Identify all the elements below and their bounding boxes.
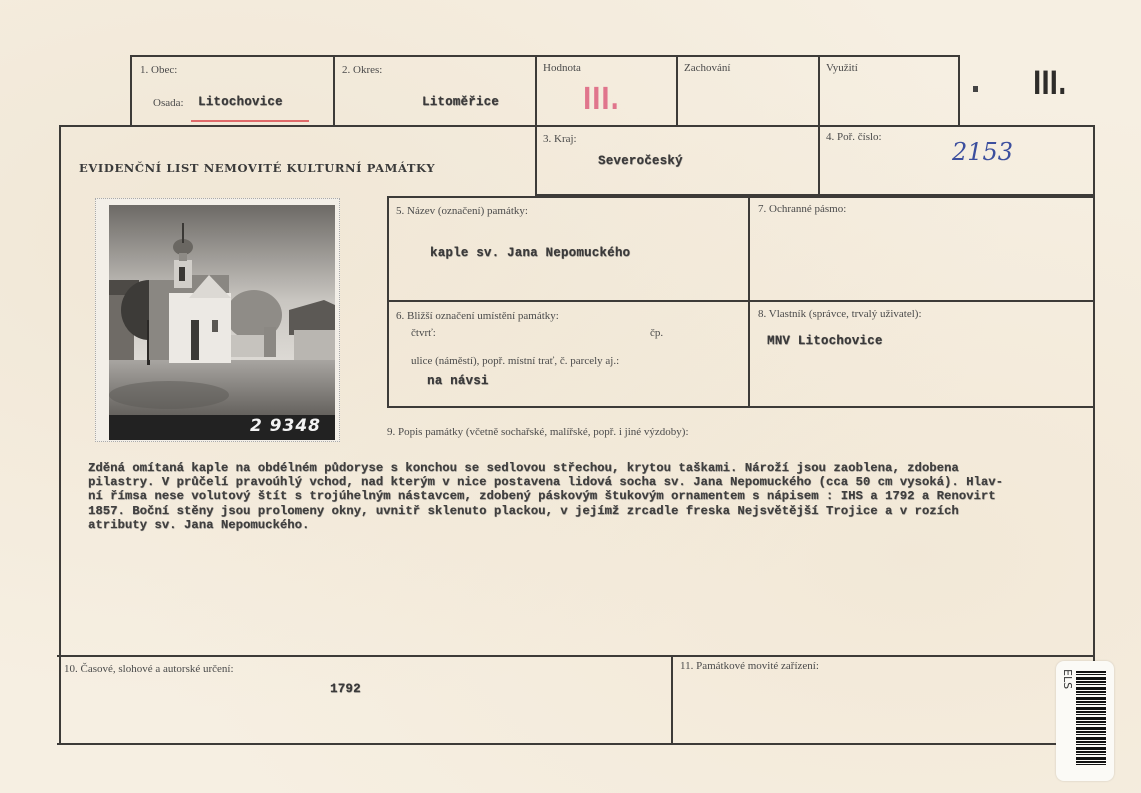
hodnota-value: III. [583, 82, 620, 117]
page-title: EVIDENČNÍ LIST NEMOVITÉ KULTURNÍ PAMÁTKY [79, 161, 435, 175]
vlastnik-value: MNV Litochovice [767, 334, 883, 348]
barcode-icon [1076, 671, 1106, 767]
main-frame-bottom [57, 743, 1095, 745]
popis-line: 1857. Boční stěny jsou prolomeny okny, u… [88, 504, 1088, 518]
ulice-label: ulice (náměstí), popř. místní trať, č. p… [411, 355, 619, 367]
stamp-mark [973, 86, 978, 92]
vyuziti-label: Využití [826, 62, 858, 74]
chapel-photo-image [109, 205, 335, 440]
main-frame-right [1093, 125, 1095, 745]
obec-label: 1. Obec: [140, 64, 177, 76]
popis-line: pilastry. V průčelí pravoúhlý vchod, nad… [88, 475, 1088, 489]
vlastnik-label: 8. Vlastník (správce, trvalý uživatel): [758, 308, 922, 320]
barcode-label: ELS [1061, 669, 1074, 689]
popis-line: atributy sv. Jana Nepomuckého. [88, 518, 1088, 532]
ctvrt-label: čtvrť: [411, 327, 436, 339]
divider [387, 196, 389, 408]
cp-label: čp. [650, 327, 663, 339]
divider [333, 55, 335, 127]
movite-zarizeni-label: 11. Památkové movité zařízení: [680, 660, 819, 672]
divider [676, 55, 678, 125]
por-cislo-label: 4. Poř. číslo: [826, 131, 882, 143]
osada-label: Osada: [153, 97, 184, 109]
divider [958, 55, 960, 125]
popis-line: Zděná omítaná kaple na obdélném půdoryse… [88, 461, 1088, 475]
main-frame-top [59, 125, 1095, 127]
monument-photo: 2 9348 [109, 205, 335, 440]
zachovani-label: Zachování [684, 62, 730, 74]
divider [130, 55, 132, 127]
divider [748, 196, 750, 408]
kraj-label: 3. Kraj: [543, 133, 577, 145]
okres-label: 2. Okres: [342, 64, 382, 76]
photo-number: 2 9348 [250, 416, 321, 436]
nazev-label: 5. Název (označení) památky: [396, 205, 528, 217]
por-cislo-value: 2153 [952, 138, 1013, 166]
popis-text: Zděná omítaná kaple na obdélném půdoryse… [88, 461, 1088, 532]
barcode-sticker: ELS [1056, 661, 1114, 781]
urceni-label: 10. Časové, slohové a autorské určení: [64, 663, 234, 675]
hodnota-label: Hodnota [543, 62, 581, 74]
kraj-value: Severočeský [598, 154, 683, 168]
urceni-value: 1792 [330, 682, 361, 696]
divider [671, 655, 673, 743]
corner-category-mark: III. [1033, 64, 1067, 102]
divider [387, 196, 1095, 198]
okres-value: Litoměřice [422, 95, 499, 109]
umisteni-label: 6. Bližší označení umístění památky: [396, 310, 559, 322]
main-frame-left [59, 125, 61, 745]
divider [57, 655, 1095, 657]
red-underline [191, 120, 309, 122]
popis-line: ní římsa nese volutový štít s trojúhelný… [88, 489, 1088, 503]
popis-label: 9. Popis památky (včetně sochařské, malí… [387, 426, 689, 438]
ochranne-pasmo-label: 7. Ochranné pásmo: [758, 203, 846, 215]
osada-value: Litochovice [198, 95, 283, 109]
divider [387, 300, 1095, 302]
photo-frame: 2 9348 [95, 198, 340, 442]
divider [387, 406, 1095, 408]
nazev-value: kaple sv. Jana Nepomuckého [430, 246, 630, 260]
top-row-border [130, 55, 960, 57]
umisteni-value: na návsi [427, 374, 489, 388]
